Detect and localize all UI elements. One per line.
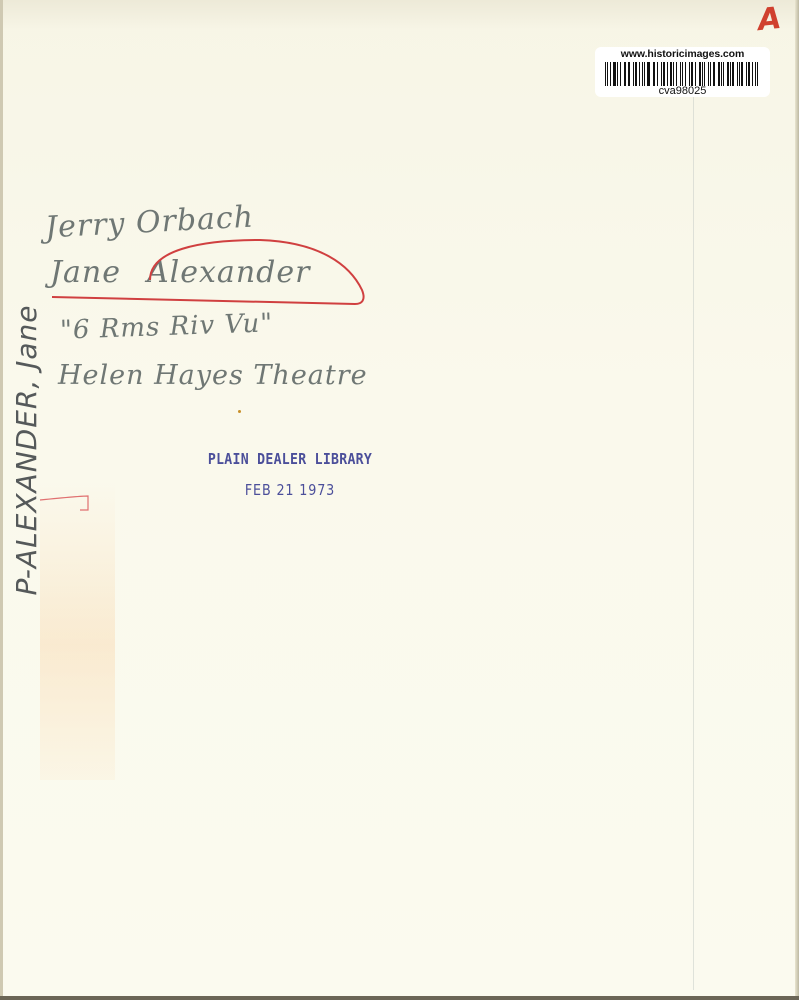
- barcode-label: www.historicimages.com cva98025: [595, 47, 770, 97]
- barcode-bar: [730, 62, 731, 86]
- bottom-edge: [0, 996, 799, 1000]
- photo-back-paper: A www.historicimages.com cva98025 Jerry …: [0, 0, 799, 1000]
- barcode-bar: [755, 62, 756, 86]
- handwritten-first-name: Jane: [50, 255, 121, 290]
- barcode-bar: [620, 62, 621, 86]
- right-edge: [795, 0, 799, 1000]
- barcode-bar: [607, 62, 608, 86]
- barcode-bar: [704, 62, 705, 86]
- barcode-bar: [625, 62, 626, 86]
- barcode-bar: [732, 62, 733, 86]
- barcode-bar: [642, 62, 643, 86]
- barcode-bar: [628, 62, 630, 86]
- top-shading: [0, 0, 799, 30]
- paper-stain: [40, 480, 115, 780]
- barcode-bar: [741, 62, 743, 86]
- barcode-id: cva98025: [595, 85, 770, 97]
- left-edge: [0, 0, 3, 1000]
- barcode-bar: [691, 62, 693, 86]
- handwritten-play-title: "6 Rms Riv Vu": [60, 308, 274, 345]
- handwritten-venue: Helen Hayes Theatre: [58, 360, 368, 391]
- handwritten-name-2: JaneAlexander: [50, 255, 310, 290]
- barcode-bar: [639, 62, 640, 86]
- barcode-bar: [633, 62, 634, 86]
- barcode-bar: [673, 62, 674, 86]
- barcode-bar: [654, 62, 655, 86]
- barcode-bar: [702, 62, 703, 86]
- barcode-bar: [682, 62, 683, 86]
- barcode-bar: [695, 62, 696, 86]
- barcode-bar: [680, 62, 681, 86]
- corner-letter-mark: A: [756, 1, 783, 38]
- barcode-bar: [737, 62, 738, 86]
- barcode-bar: [757, 62, 758, 86]
- barcode-bar: [746, 62, 747, 86]
- barcode-bar: [644, 62, 645, 86]
- ink-speck: [238, 410, 241, 413]
- barcode-bar: [653, 62, 654, 86]
- barcode-bar: [647, 62, 649, 86]
- handwritten-side-note: P-ALEXANDER, Jane: [10, 285, 50, 615]
- fold-line: [693, 90, 694, 990]
- barcode-bar: [689, 62, 690, 86]
- barcode-bar: [663, 62, 664, 86]
- barcode-bar: [748, 62, 749, 86]
- barcode-bar: [613, 62, 615, 86]
- barcode-bar: [676, 62, 677, 86]
- barcode-bar: [721, 62, 722, 86]
- barcode-bar: [685, 62, 686, 86]
- barcode-bar: [667, 62, 668, 86]
- handwritten-last-name: Alexander: [147, 255, 310, 290]
- barcode-bar: [635, 62, 636, 86]
- barcode-bar: [624, 62, 625, 86]
- barcode-bar: [661, 62, 662, 86]
- barcode-bar: [718, 62, 720, 86]
- barcode-bar: [699, 62, 700, 86]
- stamp-date: FEB 21 1973: [205, 481, 375, 499]
- barcode-bar: [708, 62, 709, 86]
- handwritten-name-1: Jerry Orbach: [44, 200, 255, 246]
- barcode-bar: [605, 62, 606, 86]
- library-stamp: PLAIN DEALER LIBRARY FEB 21 1973: [190, 450, 390, 499]
- red-pencil-markings: [0, 0, 799, 1000]
- barcode-bar: [710, 62, 711, 86]
- barcode-icon: [605, 62, 761, 86]
- barcode-url: www.historicimages.com: [595, 48, 770, 60]
- barcode-bar: [739, 62, 740, 86]
- stamp-organization: PLAIN DEALER LIBRARY: [202, 450, 378, 468]
- barcode-bar: [657, 62, 658, 86]
- barcode-bar: [713, 62, 714, 86]
- barcode-bar: [752, 62, 753, 86]
- barcode-bar: [670, 62, 672, 86]
- barcode-bar: [727, 62, 728, 86]
- barcode-bar: [610, 62, 611, 86]
- barcode-bar: [617, 62, 618, 86]
- barcode-bar: [723, 62, 724, 86]
